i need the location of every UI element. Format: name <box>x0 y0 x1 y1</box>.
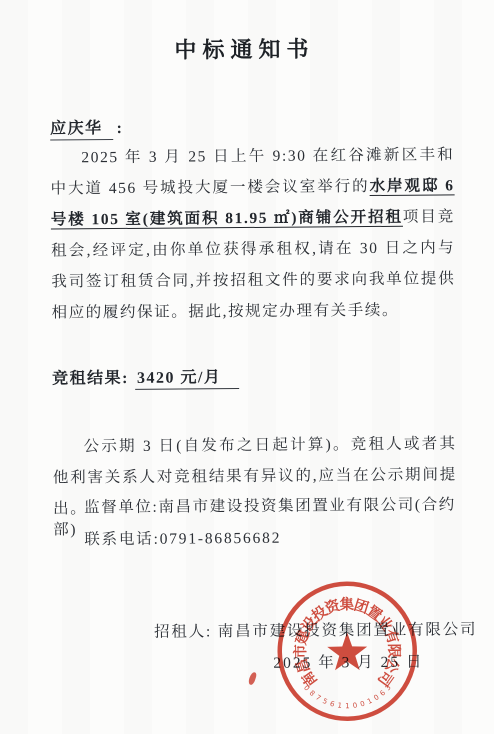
svg-text:1: 1 <box>345 702 350 710</box>
svg-text:6: 6 <box>329 700 336 709</box>
bid-result-value: 3420 元/月 <box>135 369 240 390</box>
document-title: 中标通知书 <box>0 31 492 66</box>
bid-result-label: 竞租结果: <box>52 370 129 388</box>
recipient-name: 应庆华 <box>50 120 113 140</box>
body-paragraph: 2025 年 3 月 25 日上午 9:30 在红谷滩新区丰和中大道 456 号… <box>50 139 455 328</box>
lessor-label: 招租人: <box>154 623 218 640</box>
recipient-colon: : <box>117 120 124 137</box>
svg-text:5: 5 <box>321 697 329 706</box>
bid-result-line: 竞租结果:3420 元/月 <box>52 364 239 388</box>
document-sheet: 中标通知书 应庆华: 2025 年 3 月 25 日上午 9:30 在红谷滩新区… <box>0 0 494 734</box>
company-seal: 南昌市建设投资集团置业有限公司3601001165780 <box>272 576 423 727</box>
contact-phone-line: 联系电话:0791-86856682 <box>53 524 473 549</box>
svg-text:3: 3 <box>384 683 393 692</box>
seal-star-icon <box>327 632 367 670</box>
svg-text:1: 1 <box>366 697 374 706</box>
svg-text:1: 1 <box>337 701 343 710</box>
recipient-line: 应庆华: <box>50 115 124 139</box>
svg-text:0: 0 <box>359 699 366 708</box>
seal-ink-smudge <box>248 671 258 685</box>
document-page: 中标通知书 应庆华: 2025 年 3 月 25 日上午 9:30 在红谷滩新区… <box>0 0 494 734</box>
svg-text:0: 0 <box>352 701 358 710</box>
svg-text:7: 7 <box>314 693 322 702</box>
